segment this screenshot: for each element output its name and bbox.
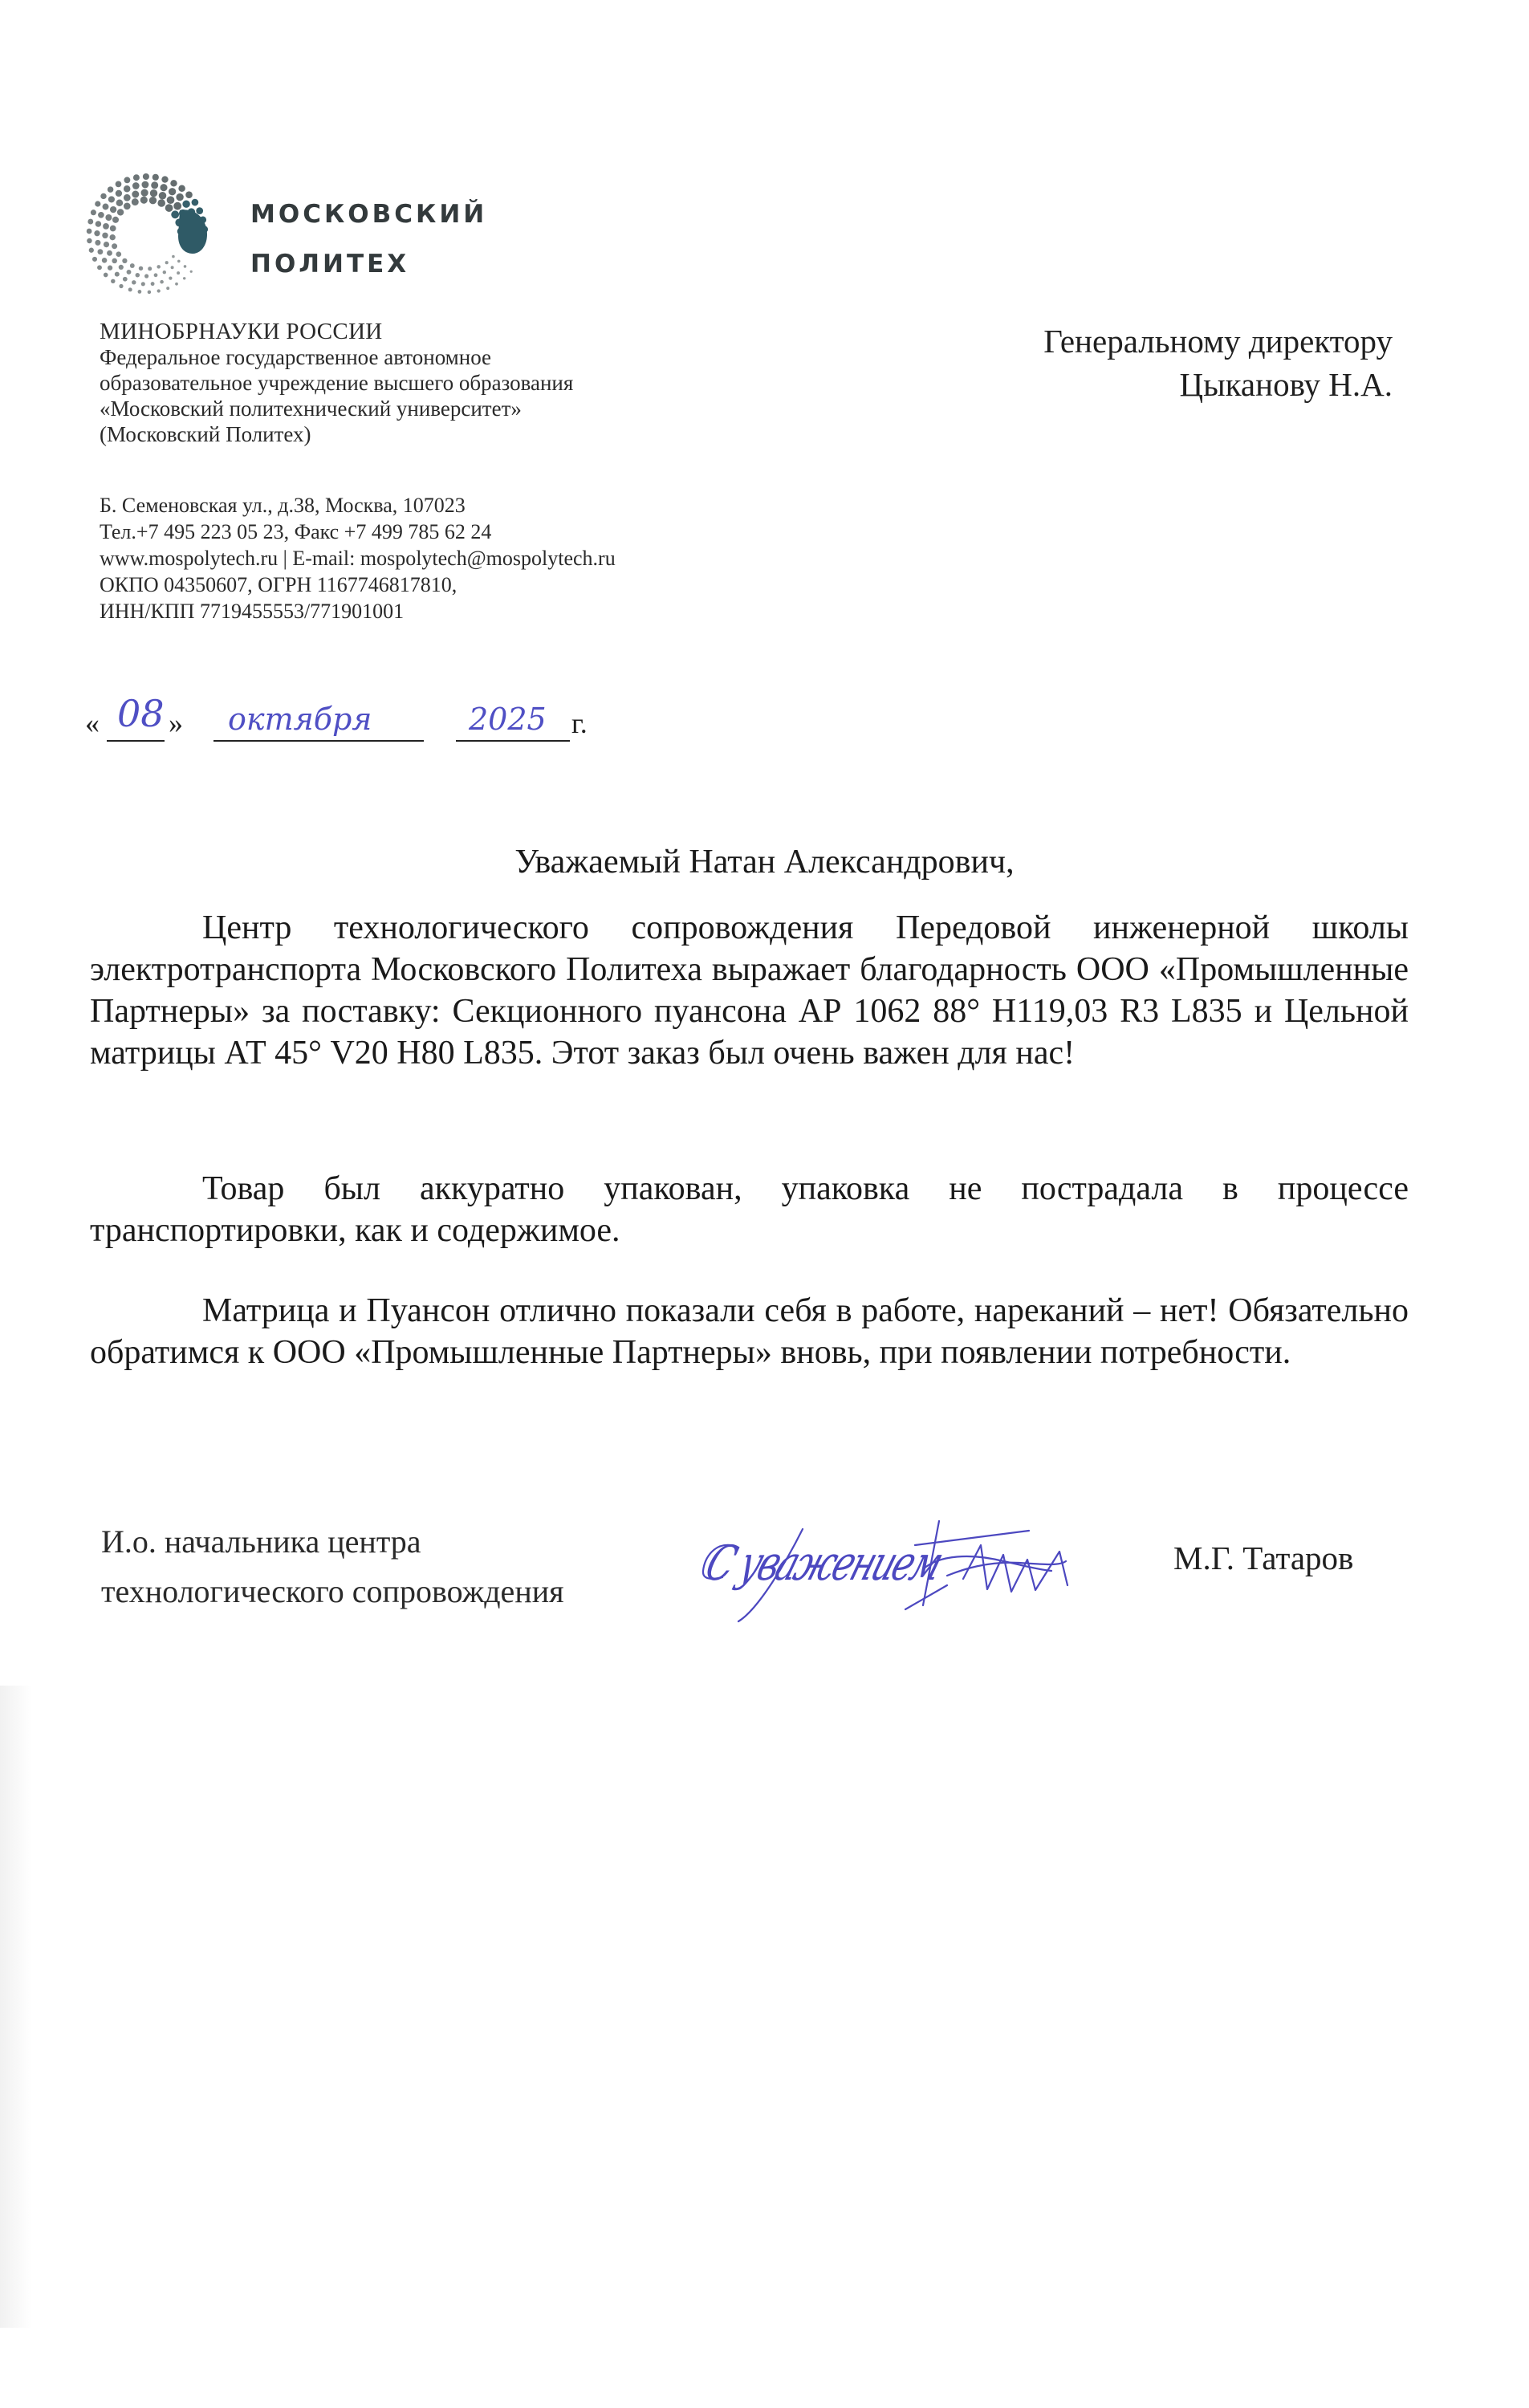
date-day-handwritten: 08: [117, 692, 165, 735]
paragraph-text: Товар был аккуратно упакован, упаковка н…: [90, 1168, 1409, 1251]
paragraph-text: Матрица и Пуансон отлично показали себя …: [90, 1290, 1409, 1373]
logo-wordmark: МОСКОВСКИЙ ПОЛИТЕХ: [250, 186, 487, 286]
org-line: образовательное учреждение высшего образ…: [100, 370, 573, 396]
okpo-ogrn-line: ОКПО 04350607, ОГРН 1167746817810,: [100, 571, 616, 598]
handwritten-signature: С уважением: [682, 1513, 1100, 1625]
year-underline: [456, 740, 570, 742]
inn-kpp-line: ИНН/КПП 7719455553/771901001: [100, 598, 616, 624]
letter-date: « 08 » октября 2025 г.: [85, 692, 695, 748]
signer-position: И.о. начальника центра технологического …: [101, 1517, 564, 1617]
signer-position-line-1: И.о. начальника центра: [101, 1517, 564, 1567]
logo-line-1: МОСКОВСКИЙ: [250, 186, 487, 236]
salutation: Уважаемый Натан Александрович,: [0, 843, 1529, 881]
date-year-handwritten: 2025: [469, 702, 547, 737]
signature-scribble-icon: [682, 1513, 1100, 1625]
ministry-name: МИНОБРНАУКИ РОССИИ: [100, 319, 573, 344]
date-year-suffix: г.: [571, 706, 588, 740]
signer-name: М.Г. Татаров: [1173, 1539, 1353, 1577]
date-close-quote: »: [169, 706, 183, 740]
logo-line-2: ПОЛИТЕХ: [250, 236, 487, 286]
day-underline: [107, 740, 165, 742]
addressee-name: Цыканову Н.А.: [1043, 363, 1393, 406]
signer-position-line-2: технологического сопровождения: [101, 1567, 564, 1617]
month-underline: [213, 740, 424, 742]
org-line: (Московский Политех): [100, 421, 573, 447]
addressee-block: Генеральному директору Цыканову Н.А.: [1043, 319, 1393, 406]
addressee-position: Генеральному директору: [1043, 319, 1393, 363]
paragraph-packaging: Товар был аккуратно упакован, упаковка н…: [90, 1168, 1409, 1251]
contact-details: Б. Семеновская ул., д.38, Москва, 107023…: [100, 492, 616, 624]
organization-details: МИНОБРНАУКИ РОССИИ Федеральное государст…: [100, 319, 573, 447]
web-email-line: www.mospolytech.ru | E-mail: mospolytech…: [100, 545, 616, 571]
paragraph-thanks: Центр технологического сопровождения Пер…: [90, 907, 1409, 1074]
org-line: «Московский политехнический университет»: [100, 396, 573, 421]
date-month-handwritten: октября: [228, 702, 372, 737]
address-line: Б. Семеновская ул., д.38, Москва, 107023: [100, 492, 616, 519]
phone-line: Тел.+7 495 223 05 23, Факс +7 499 785 62…: [100, 519, 616, 545]
mospolytech-logo-icon: [83, 172, 210, 297]
org-line: Федеральное государственное автономное: [100, 344, 573, 370]
paragraph-text: Центр технологического сопровождения Пер…: [90, 907, 1409, 1074]
date-open-quote: «: [85, 706, 100, 740]
paragraph-performance: Матрица и Пуансон отлично показали себя …: [90, 1290, 1409, 1373]
scan-shadow: [0, 1686, 32, 2328]
